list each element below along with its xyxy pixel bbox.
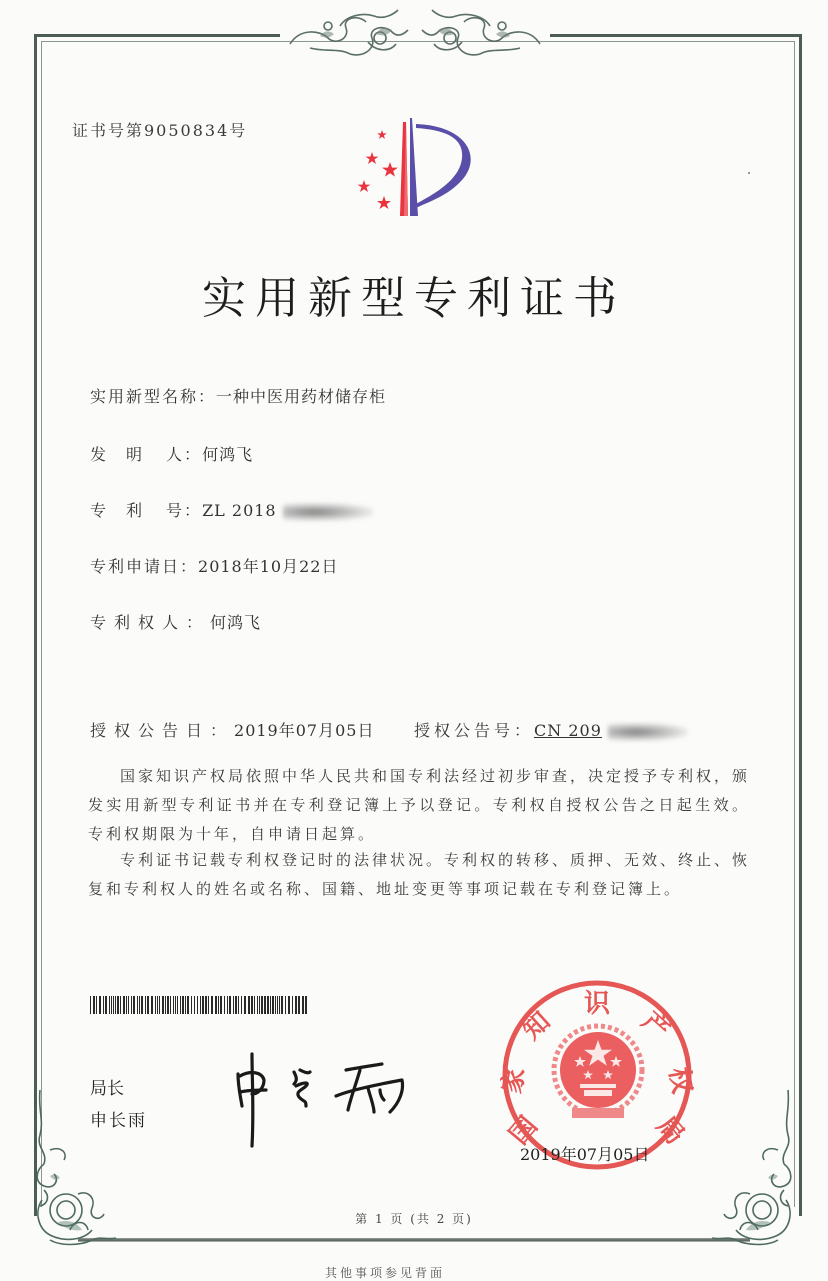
certificate-number: 证书号第9050834号 <box>72 118 247 141</box>
seal-char: 识 <box>584 989 611 1019</box>
seal-char: 知 <box>517 1006 556 1046</box>
inventor-value: 何鸿飞 <box>202 442 253 465</box>
field-inventor: 发明人：何鸿飞 <box>90 442 253 465</box>
footer-note: 其他事项参见背面 <box>0 1264 770 1281</box>
page-count: 第 1 页 (共 2 页) <box>0 1210 828 1227</box>
application-date-label: 专利申请日： <box>90 554 198 577</box>
director-title: 局长 <box>90 1074 124 1099</box>
patentee-label: 专利权人： <box>90 610 210 633</box>
certificate-frame-bottom <box>78 1238 750 1242</box>
field-grant-announcement-date: 授权公告日：2019年07月05日 <box>90 718 374 741</box>
seal-char: 产 <box>636 1005 676 1045</box>
grant-date-label: 授权公告日： <box>90 718 234 741</box>
director-name: 申长雨 <box>90 1106 147 1131</box>
handwritten-signature-icon <box>230 1050 430 1150</box>
field-application-date: 专利申请日：2018年10月22日 <box>90 554 338 577</box>
certificate-title: 实用新型专利证书 <box>0 262 828 326</box>
patent-number-value: ZL 2018 <box>202 501 277 520</box>
cnipa-logo-icon <box>350 108 490 228</box>
legal-paragraph-2: 专利证书记载专利权登记时的法律状况。专利权的转移、质押、无效、终止、恢复和专利权… <box>88 846 750 904</box>
patent-number-label-char: 号 <box>166 498 184 521</box>
paper-speck <box>748 172 750 174</box>
patent-number-label-char: 利 <box>126 498 162 521</box>
field-grant-announcement-number: 授权公告号：CN 209 <box>414 718 688 741</box>
barcode-icon <box>90 996 310 1014</box>
seal-char: 家 <box>500 1065 531 1096</box>
utility-model-name-label: 实用新型名称： <box>90 384 216 407</box>
inventor-label-char: 发 <box>90 442 126 465</box>
patentee-value: 何鸿飞 <box>210 610 261 633</box>
grant-date-value: 2019年07月05日 <box>234 718 374 741</box>
patent-certificate-page: 证书号第9050834号 实用新型专利证书 实用新型名称：一种中医用药材储存柜 … <box>0 0 828 1281</box>
patent-number-label-char: 专 <box>90 498 126 521</box>
utility-model-name-value: 一种中医用药材储存柜 <box>216 384 386 407</box>
inventor-label-colon: ： <box>184 442 202 465</box>
field-patent-number: 专利号：ZL 2018 <box>90 498 373 521</box>
inventor-label-char: 人 <box>166 442 184 465</box>
grant-number-value: CN 209 <box>534 721 602 740</box>
seal-date: 2019年07月05日 <box>520 1142 649 1165</box>
patent-number-label-colon: ： <box>184 498 202 521</box>
top-scroll-ornament-icon <box>280 8 550 60</box>
legal-paragraph-1: 国家知识产权局依照中华人民共和国专利法经过初步审查，决定授予专利权，颁发实用新型… <box>88 762 750 849</box>
field-utility-model-name: 实用新型名称：一种中医用药材储存柜 <box>90 384 386 407</box>
application-date-value: 2018年10月22日 <box>198 554 338 577</box>
patent-number-redaction <box>283 503 373 521</box>
grant-number-redaction <box>608 723 688 741</box>
grant-number-label: 授权公告号： <box>414 718 534 741</box>
field-patentee: 专利权人：何鸿飞 <box>90 610 261 633</box>
inventor-label-char: 明 <box>126 442 162 465</box>
